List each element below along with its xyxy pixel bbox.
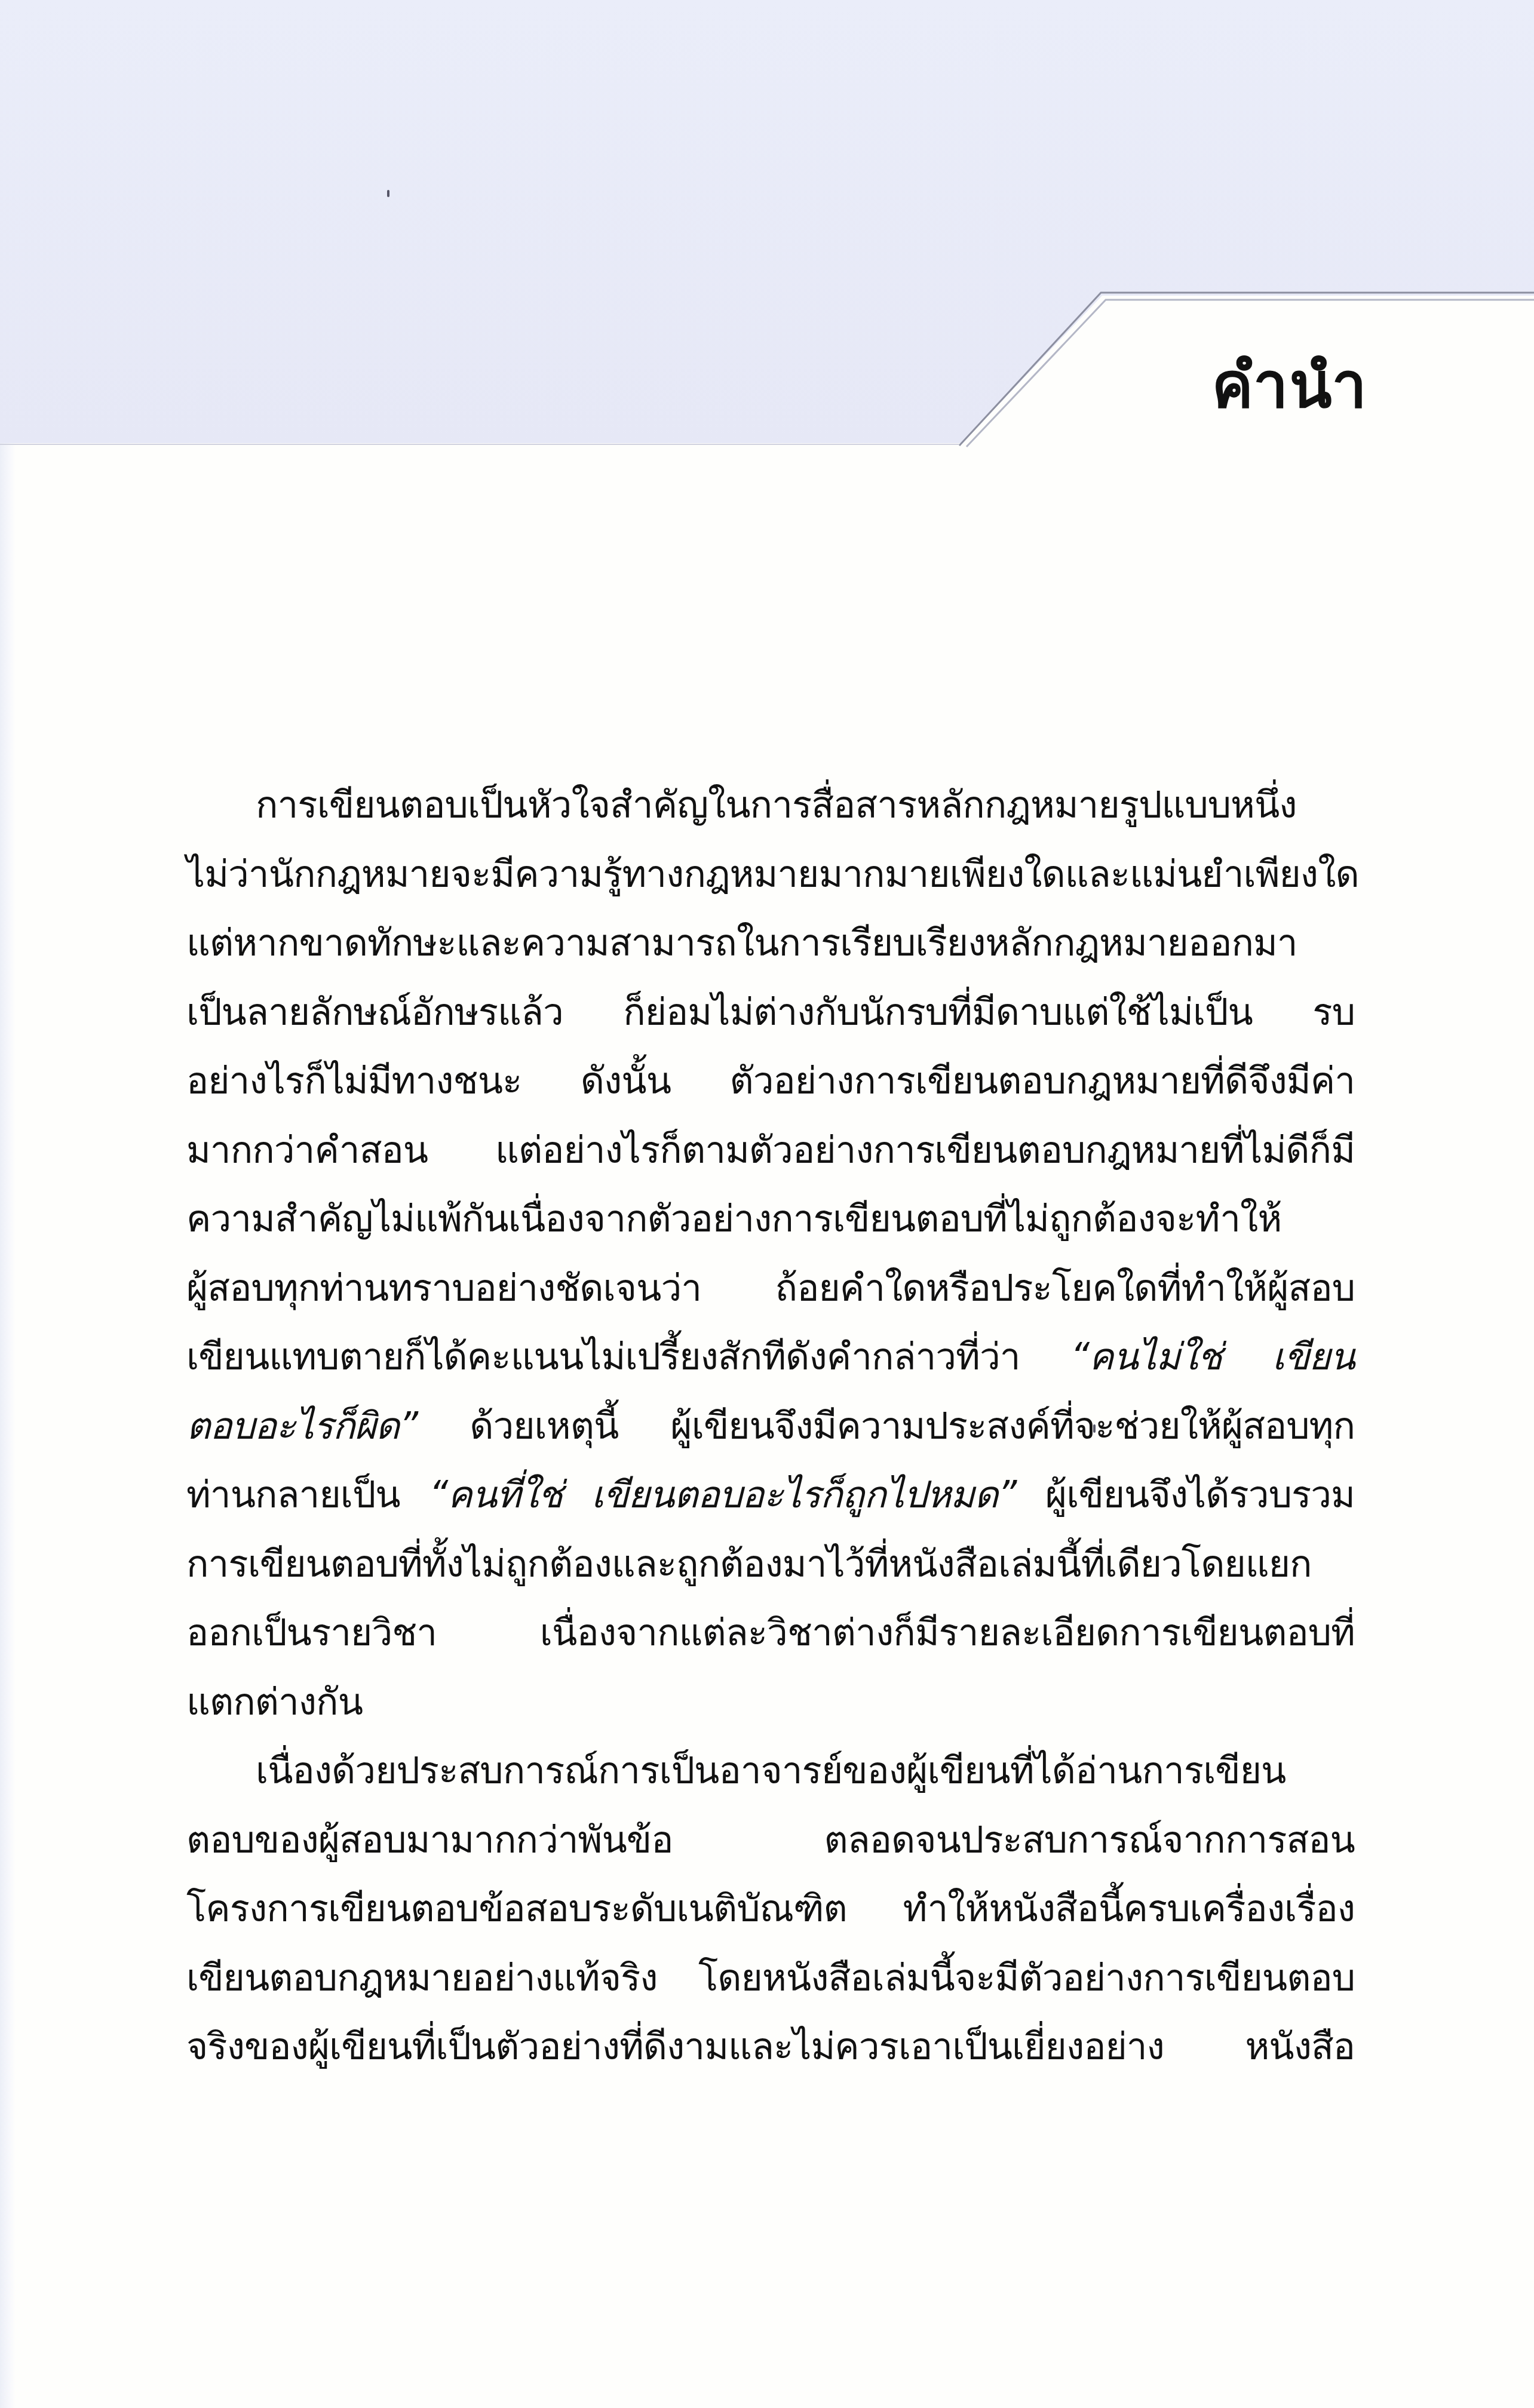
text-line: แต่หากขาดทักษะและความสามารถในการเรียบเรี… — [186, 908, 1355, 978]
text-line-with-quote: เขียนแทบตายก็ได้คะแนนไม่เปรี้ยงสักทีดังค… — [186, 1322, 1355, 1392]
text-line: โครงการเขียนตอบข้อสอบระดับเนติบัณฑิต ทำใ… — [186, 1874, 1355, 1943]
text-segment: ด้วยเหตุนี้ ผู้เขียนจึงมีความประสงค์ที่จ… — [418, 1404, 1355, 1448]
text-line: ออกเป็นรายวิชา เนื่องจากแต่ละวิชาต่างก็ม… — [186, 1598, 1355, 1667]
text-line: ผู้สอบทุกท่านทราบอย่างชัดเจนว่า ถ้อยคำใด… — [186, 1254, 1355, 1323]
text-line: ตอบของผู้สอบมามากกว่าพันข้อ ตลอดจนประสบก… — [186, 1805, 1355, 1875]
text-line: เป็นลายลักษณ์อักษรแล้ว ก็ย่อมไม่ต่างกับน… — [186, 978, 1355, 1047]
print-speck — [387, 190, 389, 197]
text-segment: ท่านกลายเป็น — [186, 1473, 400, 1516]
quoted-phrase: “คนไม่ใช่ เขียน — [1070, 1335, 1355, 1378]
text-line: ไม่ว่านักกฎหมายจะมีความรู้ทางกฎหมายมากมา… — [186, 840, 1355, 909]
book-page: คำนำ การเขียนตอบเป็นหัวใจสำคัญในการสื่อส… — [0, 0, 1534, 2408]
text-line: ความสำคัญไม่แพ้กันเนื่องจากตัวอย่างการเข… — [186, 1184, 1355, 1254]
text-line: เขียนตอบกฎหมายอย่างแท้จริง โดยหนังสือเล่… — [186, 1943, 1355, 2013]
text-line: การเขียนตอบที่ทั้งไม่ถูกต้องและถูกต้องมา… — [186, 1529, 1355, 1599]
text-line: มากกว่าคำสอน แต่อย่างไรก็ตามตัวอย่างการเ… — [186, 1116, 1355, 1185]
quoted-phrase: ตอบอะไรก็ผิด” — [186, 1404, 418, 1448]
quoted-phrase: “คนที่ใช่ เขียนตอบอะไรก็ถูกไปหมด” — [429, 1473, 1016, 1516]
text-line: จริงของผู้เขียนที่เป็นตัวอย่างที่ดีงามแล… — [186, 2012, 1355, 2081]
text-segment: ผู้เขียนจึงได้รวบรวม — [1016, 1473, 1355, 1516]
text-line-with-quote: ท่านกลายเป็น “คนที่ใช่ เขียนตอบอะไรก็ถูก… — [186, 1460, 1355, 1529]
text-line: การเขียนตอบเป็นหัวใจสำคัญในการสื่อสารหลั… — [186, 770, 1355, 840]
page-title: คำนำ — [1171, 340, 1368, 430]
text-line: อย่างไรก็ไม่มีทางชนะ ดังนั้น ตัวอย่างการ… — [186, 1046, 1355, 1116]
text-line-with-quote: ตอบอะไรก็ผิด” ด้วยเหตุนี้ ผู้เขียนจึงมีค… — [186, 1392, 1355, 1461]
text-line: แตกต่างกัน — [186, 1667, 1355, 1737]
text-segment: เขียนแทบตายก็ได้คะแนนไม่เปรี้ยงสักทีดังค… — [186, 1335, 1020, 1378]
preface-body: การเขียนตอบเป็นหัวใจสำคัญในการสื่อสารหลั… — [186, 770, 1355, 2081]
text-line: เนื่องด้วยประสบการณ์การเป็นอาจารย์ของผู้… — [186, 1736, 1355, 1805]
